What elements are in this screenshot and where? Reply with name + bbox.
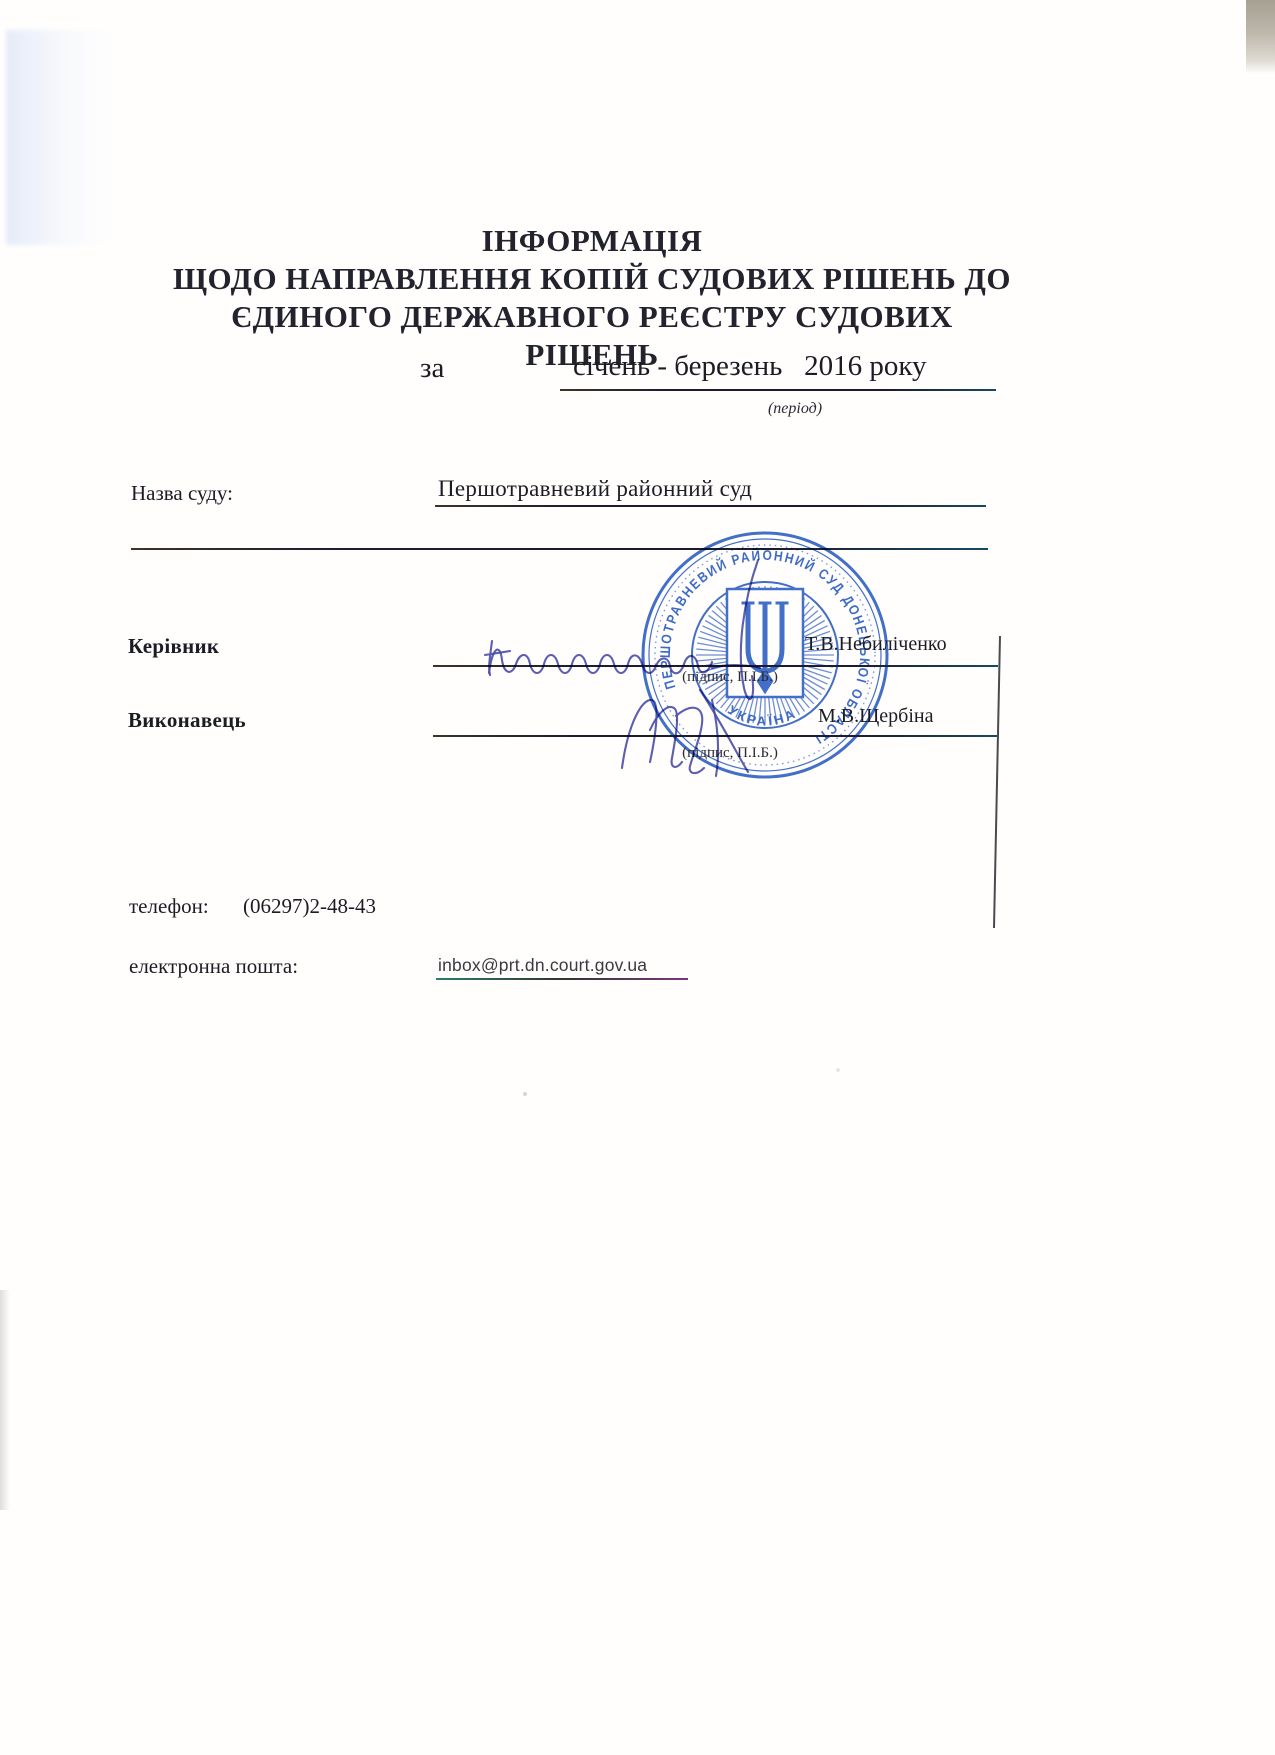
email-value: inbox@prt.dn.court.gov.ua <box>438 955 647 976</box>
period-value: січень - березень 2016 року <box>573 350 927 383</box>
executor-name: М.В.Щербіна <box>818 705 934 728</box>
court-name-underline <box>435 505 986 507</box>
period-underline <box>560 389 996 391</box>
phone-label: телефон: <box>129 894 209 919</box>
scan-artifact-left-edge <box>6 30 116 245</box>
court-name-label: Назва суду: <box>131 481 233 506</box>
email-underline <box>436 978 688 980</box>
head-name: Т.В.Небиліченко <box>805 633 947 656</box>
period-caption: (період) <box>715 400 875 418</box>
scan-artifact-top-right <box>1246 0 1275 74</box>
scan-speck <box>836 1068 840 1072</box>
period-prefix: за <box>420 352 444 385</box>
email-label: електронна пошта: <box>129 954 298 979</box>
phone-value: (06297)2-48-43 <box>243 894 376 919</box>
executor-role-label: Виконавець <box>128 708 246 733</box>
scan-fold-line <box>986 632 1006 934</box>
executor-signature-scribble <box>600 680 780 790</box>
scanned-document-page: ІНФОРМАЦІЯ ЩОДО НАПРАВЛЕННЯ КОПІЙ СУДОВИ… <box>0 0 1275 1755</box>
title-line-1: ІНФОРМАЦІЯ <box>172 222 1012 260</box>
court-name-value: Першотравневий районний суд <box>438 476 752 502</box>
title-line-2: ЩОДО НАПРАВЛЕННЯ КОПІЙ СУДОВИХ РІШЕНЬ ДО <box>172 260 1012 298</box>
scan-artifact-bottom-left <box>0 1290 10 1510</box>
head-role-label: Керівник <box>128 634 219 659</box>
scan-speck <box>523 1092 527 1096</box>
